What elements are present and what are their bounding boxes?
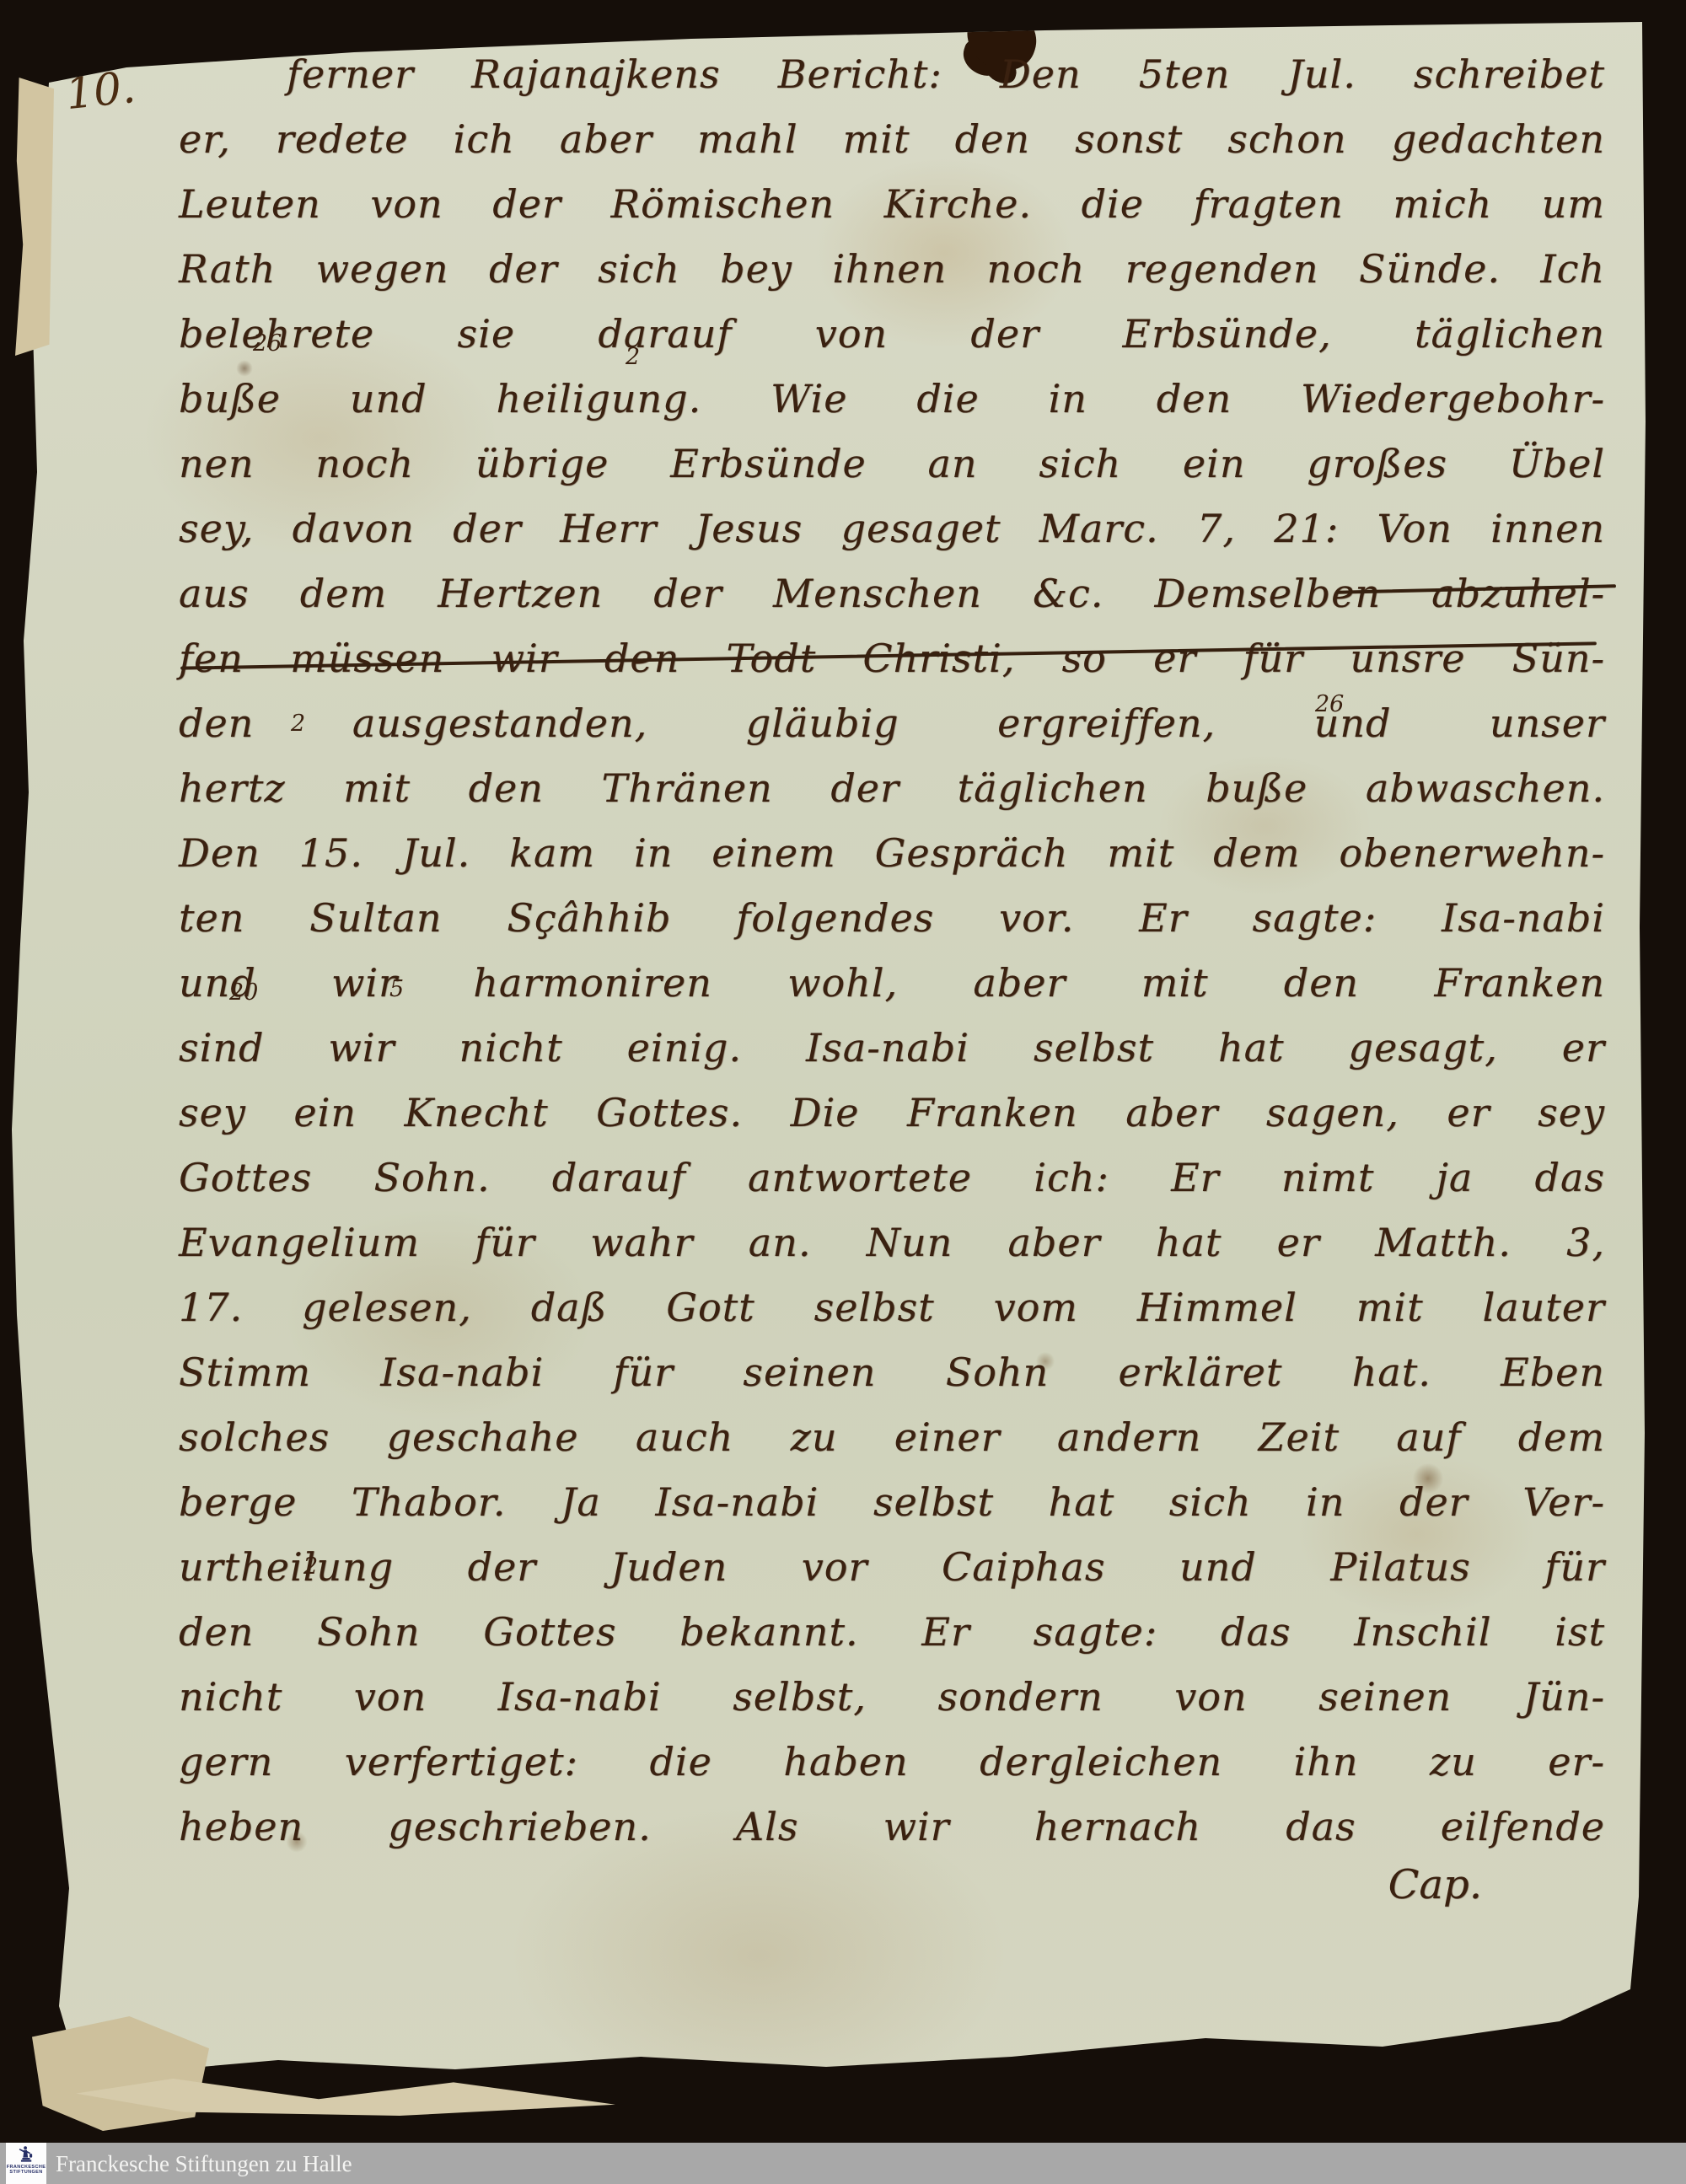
manuscript-line: 17. gelesen, daß Gott selbst vom Himmel … xyxy=(179,1275,1605,1340)
manuscript-text: ferner Rajanajkens Bericht: Den 5ten Jul… xyxy=(179,42,1605,1859)
manuscript-page: 10. ferner Rajanajkens Bericht: Den 5ten… xyxy=(0,0,1686,2184)
manuscript-line: den Sohn Gottes bekannt. Er sagte: das I… xyxy=(179,1600,1605,1665)
statue-icon xyxy=(17,2144,35,2165)
manuscript-line: berge Thabor. Ja Isa-nabi selbst hat sic… xyxy=(179,1470,1605,1535)
footer-bar: FRANCKESCHE STIFTUNGEN Franckesche Stift… xyxy=(0,2143,1686,2184)
manuscript-line: aus dem Hertzen der Menschen &c. Demselb… xyxy=(179,561,1605,626)
manuscript-line: sind wir nicht einig. Isa-nabi selbst ha… xyxy=(179,1016,1605,1081)
manuscript-line: ten Sultan Sçâhhib folgendes vor. Er sag… xyxy=(179,886,1605,951)
paper-edge-fragment xyxy=(15,78,54,356)
manuscript-line: gern verfertiget: die haben dergleichen … xyxy=(179,1730,1605,1795)
interlinear-mark: 2 xyxy=(626,344,640,370)
manuscript-line: Rath wegen der sich bey ihnen noch regen… xyxy=(179,237,1605,302)
interlinear-mark: 26 xyxy=(253,330,282,357)
manuscript-line: nen noch übrige Erbsünde an sich ein gro… xyxy=(179,432,1605,496)
manuscript-line: Gottes Sohn. darauf antwortete ich: Er n… xyxy=(179,1146,1605,1210)
manuscript-line: buße und heiligung. Wie die in den Wiede… xyxy=(179,367,1605,432)
manuscript-line: nicht von Isa-nabi selbst, sondern von s… xyxy=(179,1665,1605,1730)
manuscript-line: belehrete sie darauf von der Erbsünde, t… xyxy=(179,302,1605,367)
manuscript-line: solches geschahe auch zu einer andern Ze… xyxy=(179,1405,1605,1470)
manuscript-line: Den 15. Jul. kam in einem Gespräch mit d… xyxy=(179,821,1605,886)
scan-background: 10. ferner Rajanajkens Bericht: Den 5ten… xyxy=(0,0,1686,2184)
interlinear-mark: 26 xyxy=(1315,691,1344,717)
manuscript-line: sey, davon der Herr Jesus gesaget Marc. … xyxy=(179,496,1605,561)
logo-text-line2: STIFTUNGEN xyxy=(9,2170,42,2175)
manuscript-line: er, redete ich aber mahl mit den sonst s… xyxy=(179,107,1605,172)
manuscript-line: den ausgestanden, gläubig ergreiffen, un… xyxy=(179,691,1605,756)
interlinear-mark: 2 xyxy=(303,1553,318,1580)
franckesche-stiftungen-logo: FRANCKESCHE STIFTUNGEN xyxy=(6,2143,46,2184)
manuscript-catchword: Cap. xyxy=(179,1861,1605,1908)
manuscript-line: Stimm Isa-nabi für seinen Sohn erkläret … xyxy=(179,1340,1605,1405)
manuscript-line: sey ein Knecht Gottes. Die Franken aber … xyxy=(179,1081,1605,1146)
manuscript-line: urtheilung der Juden vor Caiphas und Pil… xyxy=(179,1535,1605,1600)
manuscript-line: hertz mit den Thränen der täglichen buße… xyxy=(179,756,1605,821)
interlinear-mark: 5 xyxy=(389,976,404,1002)
manuscript-line: heben geschrieben. Als wir hernach das e… xyxy=(179,1795,1605,1859)
interlinear-mark: 20 xyxy=(229,979,258,1006)
manuscript-line: ferner Rajanajkens Bericht: Den 5ten Jul… xyxy=(179,42,1605,107)
page-number: 10. xyxy=(63,62,138,120)
manuscript-line: fen müssen wir den Todt Christi, so er f… xyxy=(179,626,1605,691)
manuscript-line: Evangelium für wahr an. Nun aber hat er … xyxy=(179,1210,1605,1275)
manuscript-line: Leuten von der Römischen Kirche. die fra… xyxy=(179,172,1605,237)
footer-institution-title: Franckesche Stiftungen zu Halle xyxy=(56,2151,352,2177)
interlinear-mark: 2 xyxy=(291,711,305,737)
